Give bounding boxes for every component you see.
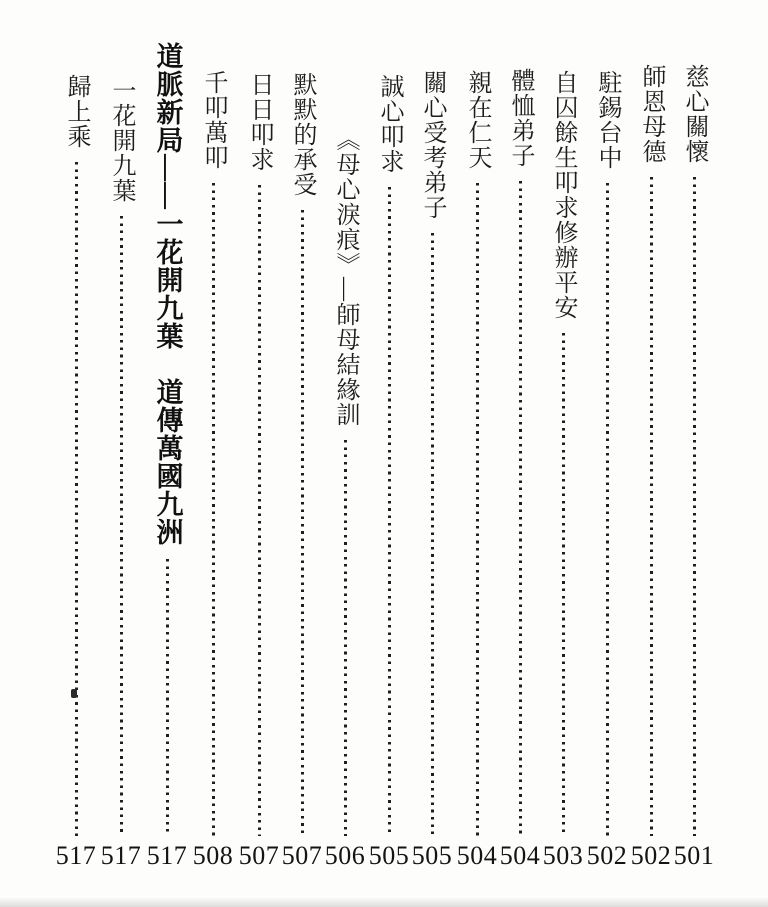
dotted-leader xyxy=(476,183,479,836)
dotted-leader xyxy=(166,559,169,836)
toc-entry: 慈心關懷 xyxy=(676,64,712,836)
dotted-leader xyxy=(388,187,391,836)
toc-entry-title: 慈心關懷 xyxy=(682,64,706,164)
dotted-leader xyxy=(258,185,261,836)
toc-entry-title: 自囚餘生叩求修辦平安 xyxy=(551,70,575,320)
toc-entry-title: 千叩萬叩 xyxy=(201,70,225,170)
toc-entry-title: 日日叩求 xyxy=(247,72,271,172)
toc-entry: 一花開九葉 xyxy=(103,78,139,836)
dotted-leader xyxy=(519,181,522,836)
toc-entry-title: 默默的承受 xyxy=(290,72,314,197)
toc-entry: 關心受考弟子 xyxy=(414,70,450,836)
dotted-leader xyxy=(562,333,565,836)
toc-entry: 千叩萬叩 xyxy=(195,70,231,836)
toc-entry-title: 駐錫台中 xyxy=(595,70,619,170)
dotted-leader xyxy=(344,440,347,836)
dotted-leader xyxy=(212,183,215,836)
toc-entry-title: 道脈新局——一花開九葉 道傳萬國九洲 xyxy=(154,42,181,546)
toc-entry: 歸上乘 xyxy=(58,74,94,836)
toc-entry-title: 一花開九葉 xyxy=(109,78,133,203)
toc-entry-title: 《母心淚痕》—師母結緣訓 xyxy=(333,127,357,427)
toc-entry-title: 師恩母德 xyxy=(639,64,663,164)
toc-entry-title: 關心受考弟子 xyxy=(420,70,444,220)
toc-entry-title: 歸上乘 xyxy=(64,74,88,149)
toc-entry: 日日叩求 xyxy=(241,72,277,836)
dotted-leader xyxy=(693,177,696,836)
dotted-leader xyxy=(120,216,123,836)
toc-entry: 駐錫台中 xyxy=(589,70,625,836)
dotted-leader xyxy=(606,183,609,836)
dotted-leader xyxy=(75,162,78,836)
scan-edge-shadow xyxy=(0,897,768,907)
toc-entry-title: 誠心叩求 xyxy=(377,74,401,174)
toc-entry: 親在仁天 xyxy=(459,70,495,836)
page-number: 517 xyxy=(44,841,108,871)
dotted-leader xyxy=(650,177,653,836)
toc-entry: 誠心叩求 xyxy=(371,74,407,836)
dotted-leader xyxy=(431,233,434,836)
toc-entry: 自囚餘生叩求修辦平安 xyxy=(545,70,581,836)
toc-page: 慈心關懷 師恩母德 駐錫台中 自囚餘生叩求修辦平安 體恤弟子 親在仁天 關心受考… xyxy=(0,0,768,907)
ink-smudge xyxy=(71,689,77,698)
toc-entry: 體恤弟子 xyxy=(502,68,538,836)
toc-entry: 默默的承受 xyxy=(284,72,320,836)
toc-entry-chapter: 道脈新局——一花開九葉 道傳萬國九洲 xyxy=(147,42,187,836)
toc-entry-title: 親在仁天 xyxy=(465,70,489,170)
toc-entry: 《母心淚痕》—師母結緣訓 xyxy=(327,127,363,836)
dotted-leader xyxy=(301,210,304,836)
toc-entry: 師恩母德 xyxy=(633,64,669,836)
toc-entry-title: 體恤弟子 xyxy=(508,68,532,168)
